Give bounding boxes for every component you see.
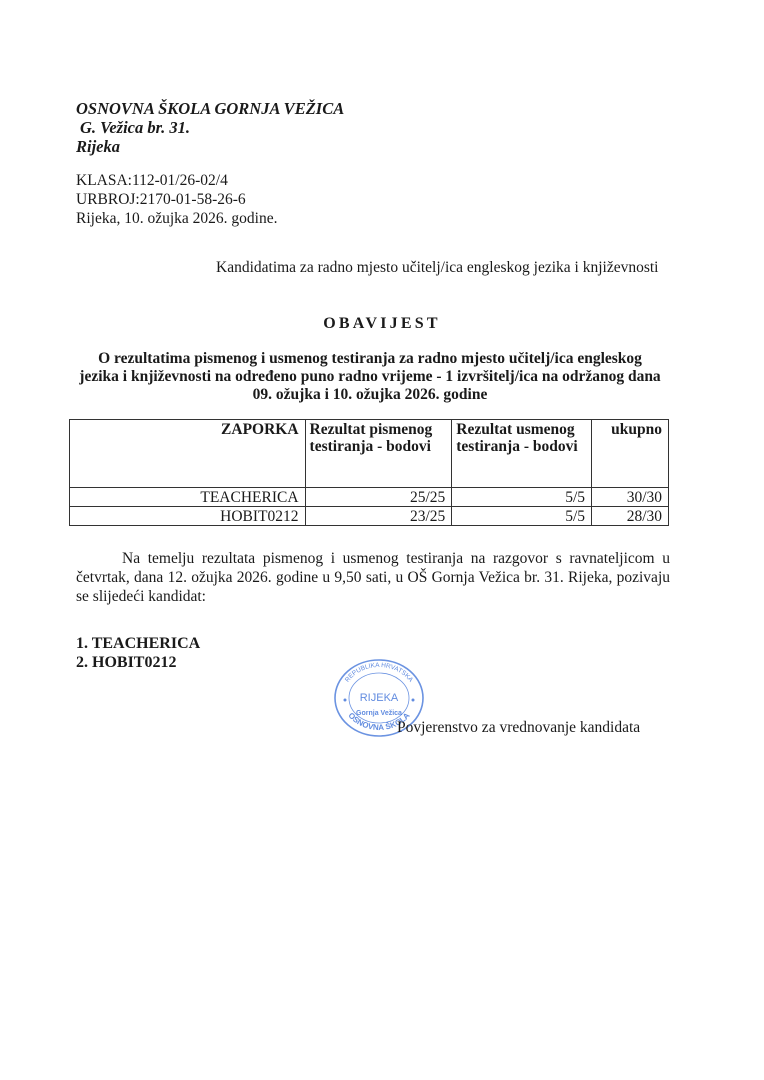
table-row: HOBIT0212 23/25 5/5 28/30: [70, 507, 669, 526]
cell-zaporka: HOBIT0212: [70, 507, 306, 526]
subtitle-line: 09. ožujka i 10. ožujka 2026. godine: [70, 386, 670, 404]
document-subtitle: O rezultatima pismenog i usmenog testira…: [70, 350, 670, 404]
cell-zaporka: TEACHERICA: [70, 488, 306, 507]
header-oral-result: Rezultat usmenog testiranja - bodovi: [452, 420, 592, 488]
cell-oral: 5/5: [452, 507, 592, 526]
header-zaporka: ZAPORKA: [70, 420, 306, 488]
results-table: ZAPORKA Rezultat pismenog testiranja - b…: [69, 419, 669, 526]
subtitle-line: jezika i književnosti na određeno puno r…: [70, 368, 670, 386]
recipient-line: Kandidatima za radno mjesto učitelj/ica …: [216, 259, 658, 277]
date-line: Rijeka, 10. ožujka 2026. godine.: [76, 209, 277, 228]
svg-text:RIJEKA: RIJEKA: [360, 692, 399, 704]
table-header-row: ZAPORKA Rezultat pismenog testiranja - b…: [70, 420, 669, 488]
invitation-paragraph: Na temelju rezultata pismenog i usmenog …: [76, 549, 670, 606]
document-title: OBAVIJEST: [0, 315, 764, 333]
cell-written: 25/25: [305, 488, 452, 507]
table-row: TEACHERICA 25/25 5/5 30/30: [70, 488, 669, 507]
school-name: OSNOVNA ŠKOLA GORNJA VEŽICA: [76, 99, 344, 118]
urbroj: URBROJ:2170-01-58-26-6: [76, 190, 246, 209]
svg-text:Gornja Vežica: Gornja Vežica: [356, 710, 402, 717]
subtitle-line: O rezultatima pismenog i usmenog testira…: [70, 350, 670, 368]
school-city: Rijeka: [76, 137, 120, 156]
paragraph-text: Na temelju rezultata pismenog i usmenog …: [76, 550, 670, 605]
klasa: KLASA:112-01/26-02/4: [76, 171, 228, 190]
school-address: G. Vežica br. 31.: [80, 118, 190, 137]
candidate-item: 1. TEACHERICA: [76, 634, 200, 653]
cell-oral: 5/5: [452, 488, 592, 507]
cell-total: 28/30: [592, 507, 669, 526]
candidate-item: 2. HOBIT0212: [76, 653, 176, 672]
signature-line: Povjerenstvo za vrednovanje kandidata: [397, 719, 640, 737]
cell-total: 30/30: [592, 488, 669, 507]
header-total: ukupno: [592, 420, 669, 488]
cell-written: 23/25: [305, 507, 452, 526]
header-written-result: Rezultat pismenog testiranja - bodovi: [305, 420, 452, 488]
